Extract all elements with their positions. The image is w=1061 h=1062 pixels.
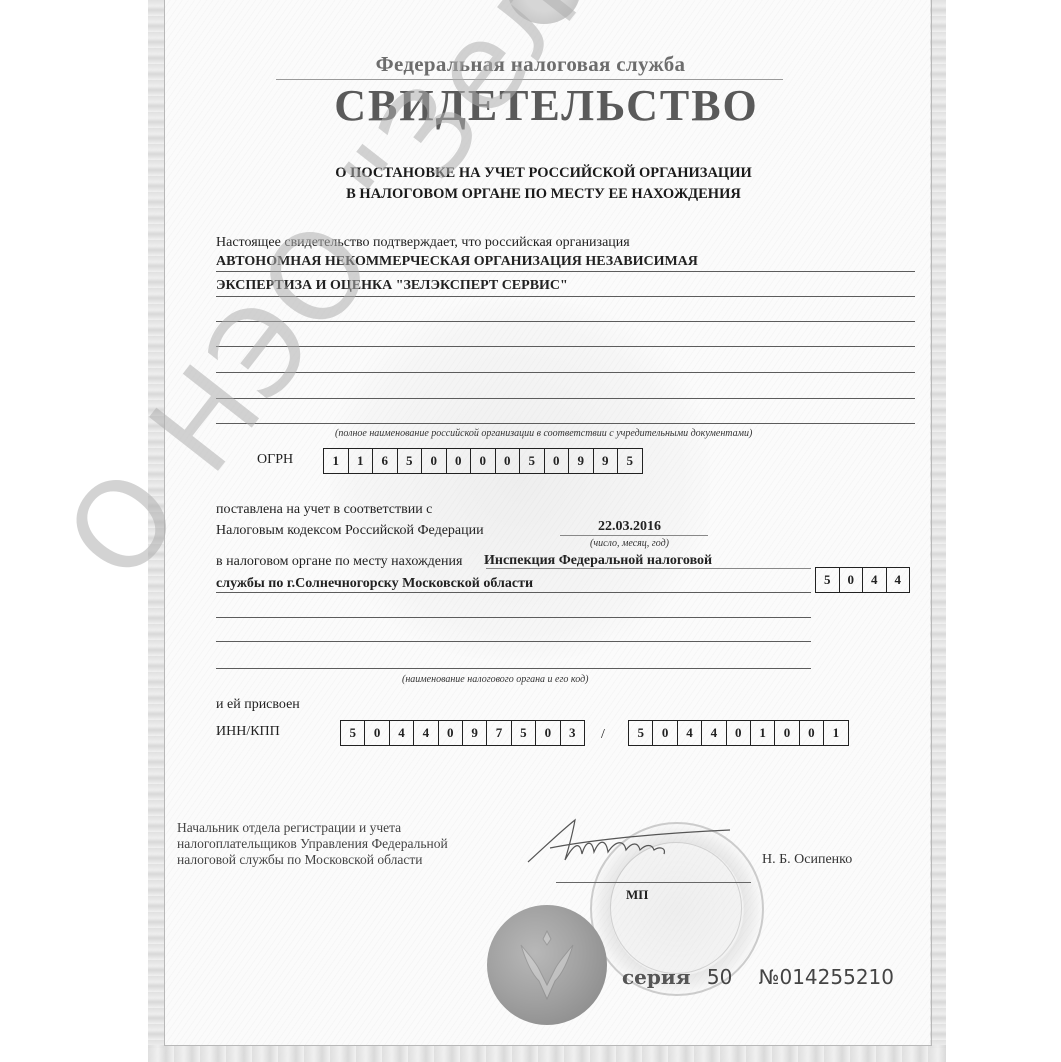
inn-digit: 0	[365, 721, 389, 745]
intro-text: Настоящее свидетельство подтверждает, чт…	[216, 235, 630, 251]
inn-digit: 5	[341, 721, 365, 745]
authority-rule5	[216, 668, 811, 669]
org-name-caption: (полное наименование российской организа…	[335, 428, 752, 439]
org-name-rule6	[216, 398, 915, 399]
authority-caption: (наименование налогового органа и его ко…	[402, 674, 588, 685]
series-label: серия	[622, 965, 691, 989]
signatory-name: Н. Б. Осипенко	[762, 852, 852, 868]
signature-icon	[520, 812, 740, 872]
ogrn-digit: 0	[496, 449, 521, 473]
authority-code-digit: 0	[840, 568, 864, 592]
ogrn-digit: 0	[545, 449, 570, 473]
inn-digit: 4	[390, 721, 414, 745]
document-subtitle-line2: В НАЛОГОВОМ ОРГАНЕ ПО МЕСТУ ЕЕ НАХОЖДЕНИ…	[0, 186, 1061, 203]
kpp-digit: 0	[653, 721, 677, 745]
authority-code-digit: 4	[863, 568, 887, 592]
inn-digit: 4	[414, 721, 438, 745]
ornamental-border-right	[930, 0, 946, 1048]
kpp-digit: 1	[751, 721, 775, 745]
ogrn-label: ОГРН	[257, 452, 293, 468]
authority-code-boxes: 5044	[815, 567, 910, 593]
inn-kpp-separator: /	[601, 727, 605, 743]
document-subtitle-line1: О ПОСТАНОВКЕ НА УЧЕТ РОССИЙСКОЙ ОРГАНИЗА…	[0, 165, 1061, 182]
org-name-rule5	[216, 372, 915, 373]
registration-line2: Налоговым кодексом Российской Федерации	[216, 523, 484, 539]
kpp-digit: 0	[727, 721, 751, 745]
ogrn-digit: 6	[373, 449, 398, 473]
authority-rule1	[486, 568, 811, 569]
authority-prefix: в налоговом органе по месту нахождения	[216, 554, 462, 570]
org-name-line2: ЭКСПЕРТИЗА И ОЦЕНКА "ЗЕЛЭКСПЕРТ СЕРВИС"	[216, 278, 568, 294]
authority-rule4	[216, 641, 811, 642]
assigned-label: и ей присвоен	[216, 697, 300, 713]
ornamental-border-left	[148, 0, 164, 1048]
stamp-label: МП	[626, 887, 648, 903]
date-rule	[560, 535, 708, 536]
registration-date: 22.03.2016	[598, 519, 661, 535]
ogrn-digit: 1	[349, 449, 374, 473]
registration-line1: поставлена на учет в соответствии с	[216, 502, 432, 518]
inn-digit: 3	[561, 721, 585, 745]
ogrn-digit: 9	[569, 449, 594, 473]
authority-line1: Инспекция Федеральной налоговой	[484, 553, 712, 569]
kpp-digit: 4	[678, 721, 702, 745]
form-series: серия 50 №014255210	[622, 965, 894, 989]
signatory-position-line2: налогоплательщиков Управления Федерально…	[177, 836, 448, 852]
ogrn-digit: 1	[324, 449, 349, 473]
ogrn-digit: 5	[618, 449, 643, 473]
kpp-digit: 0	[775, 721, 799, 745]
eagle-background-icon	[330, 300, 710, 660]
org-name-line1: АВТОНОМНАЯ НЕКОММЕРЧЕСКАЯ ОРГАНИЗАЦИЯ НЕ…	[216, 254, 698, 270]
date-caption: (число, месяц, год)	[590, 538, 669, 549]
kpp-digit: 5	[629, 721, 653, 745]
authority-code-digit: 4	[887, 568, 911, 592]
inn-digit: 0	[439, 721, 463, 745]
kpp-digit: 4	[702, 721, 726, 745]
signatory-position-line3: налоговой службы по Московской области	[177, 852, 423, 868]
inn-digit: 7	[487, 721, 511, 745]
inn-kpp-label: ИНН/КПП	[216, 724, 280, 740]
series-value: 50	[707, 965, 732, 989]
org-name-rule4	[216, 346, 915, 347]
ogrn-digit: 5	[520, 449, 545, 473]
kpp-boxes: 504401001	[628, 720, 849, 746]
inn-digit: 0	[536, 721, 560, 745]
authority-line2: службы по г.Солнечногорску Московской об…	[216, 576, 533, 592]
org-name-rule1	[216, 271, 915, 272]
ornamental-border-bottom	[148, 1045, 946, 1062]
authority-code-digit: 5	[816, 568, 840, 592]
inn-boxes: 5044097503	[340, 720, 585, 746]
document-title: СВИДЕТЕЛЬСТВО	[0, 80, 1061, 131]
org-name-rule7	[216, 423, 915, 424]
ogrn-digit: 0	[471, 449, 496, 473]
kpp-digit: 1	[824, 721, 848, 745]
ogrn-boxes: 1165000050995	[323, 448, 643, 474]
signatory-position-line1: Начальник отдела регистрации и учета	[177, 820, 401, 836]
inn-digit: 9	[463, 721, 487, 745]
agency-name: Федеральная налоговая служба	[0, 52, 1061, 77]
org-name-rule3	[216, 321, 915, 322]
ogrn-digit: 0	[447, 449, 472, 473]
org-name-rule2	[216, 296, 915, 297]
kpp-digit: 0	[800, 721, 824, 745]
signature-rule	[556, 882, 751, 883]
embossed-seal-icon	[487, 905, 607, 1025]
inn-digit: 5	[512, 721, 536, 745]
authority-rule2	[216, 592, 811, 593]
ogrn-digit: 5	[398, 449, 423, 473]
authority-rule3	[216, 617, 811, 618]
ogrn-digit: 0	[422, 449, 447, 473]
ogrn-digit: 9	[594, 449, 619, 473]
form-number: №014255210	[759, 965, 894, 989]
